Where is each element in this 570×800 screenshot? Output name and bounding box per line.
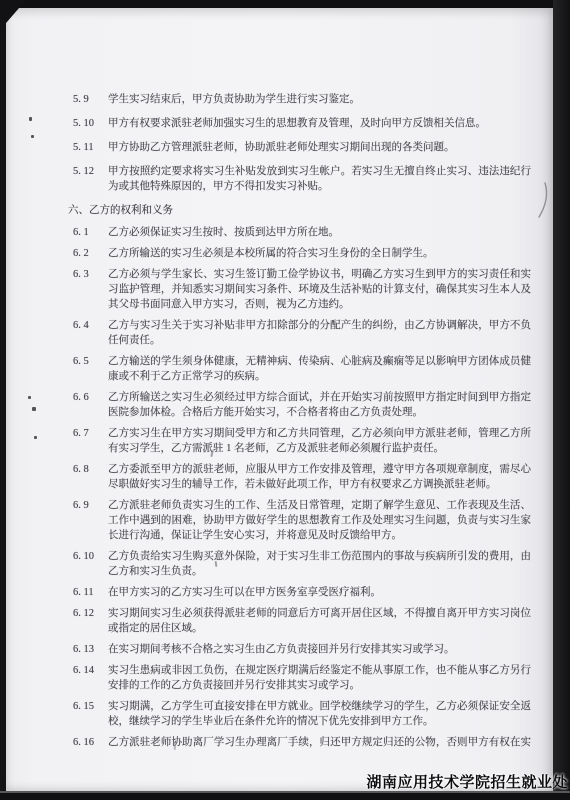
clause-text: 实习期满，乙方学生可直接安排在甲方就业。回学校继续学习的学生，乙方必须保证安全返… (108, 699, 531, 729)
clause-row: 5. 10 甲方有权要求派驻老师加强实习生的思想教育及管理，及时向甲方反馈相关信… (73, 116, 531, 131)
clause-number: 6. 12 (73, 606, 108, 636)
scan-edge-right (553, 0, 570, 800)
clause-number: 6. 15 (73, 699, 108, 729)
pen-curve-mark (534, 182, 552, 220)
clause-text: 乙方输送的学生须身体健康，无精神病、传染病、心脏病及癫痫等足以影响甲方团体成员健… (108, 354, 531, 384)
clause-number: 6. 5 (73, 354, 108, 384)
staple-mark (32, 407, 36, 411)
clause-row: 6. 2 乙方所输送的实习生必须是本校所属的符合实习生身份的全日制学生。 (73, 246, 531, 261)
section-heading: 六、乙方的权利和义务 (68, 203, 531, 218)
clause-text: 在实习期间考核不合格之实习生由乙方负责接回并另行安排其实习或学习。 (108, 642, 531, 657)
clause-number: 6. 16 (73, 735, 108, 750)
office-stamp-text: 湖南应用技术学院招生就业处 (366, 771, 568, 792)
clause-number: 6. 7 (73, 426, 108, 456)
clause-text: 乙方所输送的实习生必须是本校所属的符合实习生身份的全日制学生。 (108, 246, 531, 261)
staple-mark (34, 436, 37, 439)
clause-text: 在甲方实习的乙方实习生可以在甲方医务室享受医疗福利。 (108, 585, 531, 600)
clause-number: 5. 11 (73, 140, 108, 155)
clause-row: 6. 14 实习生患病或非因工负伤，在规定医疗期满后经鉴定不能从事原工作，也不能… (73, 663, 531, 693)
clause-row: 6. 16 乙方派驻老师协助离厂学习生办理离厂手续，归还甲方规定归还的公物，否则… (73, 735, 531, 750)
clause-row: 5. 12 甲方按照约定要求将实习生补贴发放到实习生帐户。若实习生无擅自终止实习… (73, 164, 531, 194)
staple-mark (28, 396, 31, 399)
clause-number: 6. 14 (73, 663, 108, 693)
clause-number: 6. 2 (73, 246, 108, 261)
clause-row: 5. 9 学生实习结束后，甲方负责协助为学生进行实习鉴定。 (73, 92, 531, 107)
clause-row: 6. 5 乙方输送的学生须身体健康，无精神病、传染病、心脏病及癫痫等足以影响甲方… (73, 354, 531, 384)
paper: 5. 9 学生实习结束后，甲方负责协助为学生进行实习鉴定。 5. 10 甲方有权… (6, 8, 553, 791)
clause-number: 6. 9 (73, 498, 108, 543)
clause-text: 甲方按照约定要求将实习生补贴发放到实习生帐户。若实习生无擅自终止实习、违法违纪行… (108, 164, 531, 194)
clause-number: 6. 8 (73, 462, 108, 492)
clause-number: 5. 9 (73, 92, 108, 107)
clause-text: 实习期间实习生必须获得派驻老师的同意后方可离开居住区域，不得擅自离开甲方实习岗位… (108, 606, 531, 636)
clause-row: 6. 12 实习期间实习生必须获得派驻老师的同意后方可离开居住区域，不得擅自离开… (73, 606, 531, 636)
clause-number: 5. 10 (73, 116, 108, 131)
clause-number: 6. 13 (73, 642, 108, 657)
clause-number: 6. 4 (73, 318, 108, 348)
clause-row: 5. 11 甲方协助乙方管理派驻老师，协助派驻老师处理实习期间出现的各类问题。 (73, 140, 531, 155)
clause-text: 乙方派驻老师协助离厂学习生办理离厂手续，归还甲方规定归还的公物，否则甲方有权在实… (108, 735, 531, 750)
clause-number: 6. 6 (73, 390, 108, 420)
scanned-contract-page: 5. 9 学生实习结束后，甲方负责协助为学生进行实习鉴定。 5. 10 甲方有权… (0, 0, 570, 800)
clause-text: 实习生患病或非因工负伤，在规定医疗期满后经鉴定不能从事原工作，也不能从事乙方另行… (108, 663, 531, 693)
clause-row: 6. 10 乙方负责给实习生购买意外保险，对于实习生非工伤范围内的事故与疾病所引… (73, 549, 531, 579)
clause-text: 乙方实习生在甲方实习期间受甲方和乙方共同管理，乙方必须向甲方派驻老师，管理乙方所… (108, 426, 531, 456)
scan-edge-top (0, 0, 570, 8)
clause-text: 乙方所输送之实习生必须经过甲方综合面试，并在开始实习前按照甲方指定时间到甲方指定… (108, 390, 531, 420)
scan-edge-left (0, 0, 6, 800)
clause-row: 6. 4 乙方与实习生关于实习补贴非甲方扣除部分的分配产生的纠纷，由乙方协调解决… (73, 318, 531, 348)
clause-row: 6. 8 乙方委派至甲方的派驻老师，应服从甲方工作安排及管理，遵守甲方各项规章制… (73, 462, 531, 492)
clause-text: 学生实习结束后，甲方负责协助为学生进行实习鉴定。 (108, 92, 531, 107)
clause-number: 6. 1 (73, 225, 108, 240)
clause-row: 6. 1 乙方必须保证实习生按时、按质到达甲方所在地。 (73, 225, 531, 240)
clause-number: 6. 3 (73, 267, 108, 312)
clause-text: 乙方必须保证实习生按时、按质到达甲方所在地。 (108, 225, 531, 240)
clause-text: 乙方负责给实习生购买意外保险，对于实习生非工伤范围内的事故与疾病所引发的费用，由… (108, 549, 531, 579)
clause-list-section5: 5. 9 学生实习结束后，甲方负责协助为学生进行实习鉴定。 5. 10 甲方有权… (73, 92, 531, 194)
page-content: 5. 9 学生实习结束后，甲方负责协助为学生进行实习鉴定。 5. 10 甲方有权… (6, 8, 553, 756)
clause-row: 6. 7 乙方实习生在甲方实习期间受甲方和乙方共同管理，乙方必须向甲方派驻老师，… (73, 426, 531, 456)
clause-number: 5. 12 (73, 164, 108, 194)
clause-text: 乙方必须与学生家长、实习生签订勤工俭学协议书，明确乙方实习生到甲方的实习责任和实… (108, 267, 531, 312)
clause-text: 乙方与实习生关于实习补贴非甲方扣除部分的分配产生的纠纷，由乙方协调解决，甲方不负… (108, 318, 531, 348)
clause-list-section6: 6. 1 乙方必须保证实习生按时、按质到达甲方所在地。 6. 2 乙方所输送的实… (73, 225, 531, 750)
clause-row: 6. 3 乙方必须与学生家长、实习生签订勤工俭学协议书，明确乙方实习生到甲方的实… (73, 267, 531, 312)
clause-number: 6. 10 (73, 549, 108, 579)
scan-edge-bottom (0, 791, 570, 800)
clause-text: 甲方协助乙方管理派驻老师，协助派驻老师处理实习期间出现的各类问题。 (108, 140, 531, 155)
clause-row: 6. 6 乙方所输送之实习生必须经过甲方综合面试，并在开始实习前按照甲方指定时间… (73, 390, 531, 420)
clause-text: 乙方委派至甲方的派驻老师，应服从甲方工作安排及管理，遵守甲方各项规章制度，需尽心… (108, 462, 531, 492)
staple-mark (29, 117, 32, 121)
clause-row: 6. 15 实习期满，乙方学生可直接安排在甲方就业。回学校继续学习的学生，乙方必… (73, 699, 531, 729)
clause-text: 乙方派驻老师负责实习生的工作、生活及日常管理，定期了解学生意见、工作表现及生活、… (108, 498, 531, 543)
clause-row: 6. 11 在甲方实习的乙方实习生可以在甲方医务室享受医疗福利。 (73, 585, 531, 600)
clause-number: 6. 11 (73, 585, 108, 600)
clause-row: 6. 13 在实习期间考核不合格之实习生由乙方负责接回并另行安排其实习或学习。 (73, 642, 531, 657)
clause-row: 6. 9 乙方派驻老师负责实习生的工作、生活及日常管理，定期了解学生意见、工作表… (73, 498, 531, 543)
clause-text: 甲方有权要求派驻老师加强实习生的思想教育及管理，及时向甲方反馈相关信息。 (108, 116, 531, 131)
staple-mark (31, 135, 34, 138)
